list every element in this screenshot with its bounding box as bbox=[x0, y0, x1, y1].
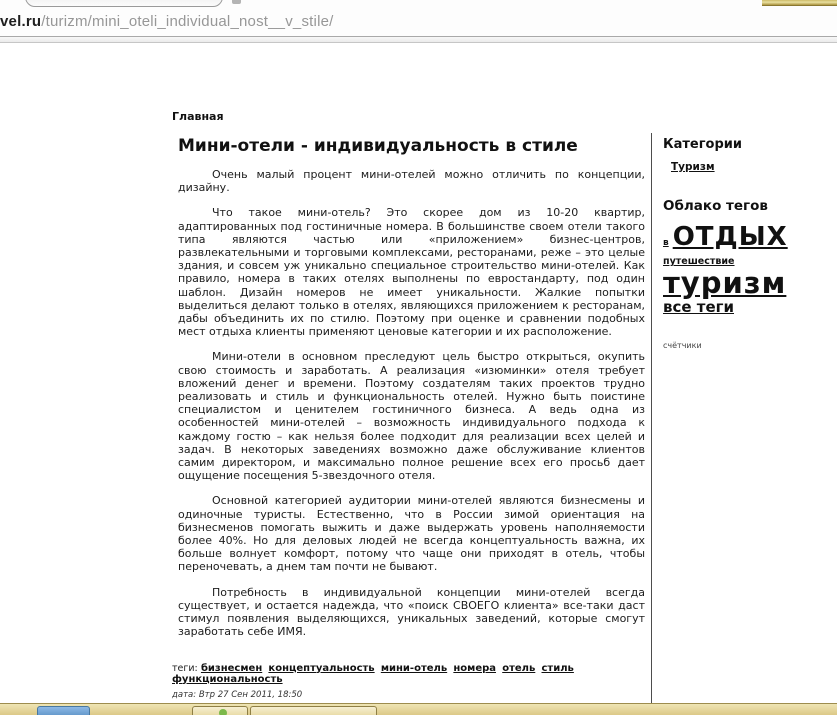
taskbar-active-window-button[interactable] bbox=[37, 706, 90, 715]
browser-toolbar-fragment-icon bbox=[232, 0, 241, 4]
categories-heading: Категории bbox=[663, 137, 831, 152]
browser-gold-notification-bar bbox=[762, 0, 837, 6]
date-label: дата: bbox=[172, 690, 196, 700]
date-value: Втр 27 Сен 2011, 18:50 bbox=[199, 690, 302, 700]
tag-link-biznesmen[interactable]: бизнесмен bbox=[201, 663, 262, 674]
tag-link-stil[interactable]: стиль bbox=[542, 663, 574, 674]
cloud-tag-vse-tegi[interactable]: все теги bbox=[663, 298, 734, 316]
tags-label: теги: bbox=[172, 663, 198, 674]
taskbar-window-button[interactable] bbox=[192, 706, 248, 715]
sidebar: Категории Туризм Облако тегов вОТДЫХ пут… bbox=[663, 137, 831, 350]
browser-searchbox-remnant[interactable] bbox=[25, 0, 223, 7]
taskbar bbox=[0, 703, 837, 715]
tag-cloud-heading: Облако тегов bbox=[663, 198, 831, 214]
taskbar-window-button[interactable] bbox=[250, 706, 377, 715]
article-paragraph: Очень малый процент мини-отелей можно от… bbox=[178, 168, 645, 194]
page-background: Главная Мини-отели - индивидуальность в … bbox=[0, 43, 837, 703]
sidebar-category-link-turizm[interactable]: Туризм bbox=[671, 161, 715, 173]
tag-link-konceptualnost[interactable]: концептуальность bbox=[268, 663, 374, 674]
tag-cloud: вОТДЫХ путешествие туризм все теги bbox=[663, 224, 813, 315]
browser-chrome: vel.ru/turizm/mini_oteli_individual_nost… bbox=[0, 0, 837, 36]
breadcrumb-home-link[interactable]: Главная bbox=[172, 110, 645, 123]
tag-link-nomera[interactable]: номера bbox=[453, 663, 496, 674]
tag-link-mini-otel[interactable]: мини-отель bbox=[381, 663, 447, 674]
article-column: Главная Мини-отели - индивидуальность в … bbox=[172, 110, 645, 715]
taskbar-app-icon bbox=[219, 709, 227, 715]
cloud-tag-turizm[interactable]: туризм bbox=[663, 266, 786, 300]
tags-row: теги: бизнесмен концептуальность мини-от… bbox=[172, 663, 645, 685]
content-sidebar-divider bbox=[651, 133, 652, 703]
date-row: дата: Втр 27 Сен 2011, 18:50 bbox=[172, 690, 645, 700]
address-bar[interactable]: vel.ru/turizm/mini_oteli_individual_nost… bbox=[0, 13, 334, 30]
article-paragraph: Потребность в индивидуальной концепции м… bbox=[178, 586, 645, 639]
url-path-text: /turizm/mini_oteli_individual_nost__v_st… bbox=[41, 13, 333, 30]
tag-link-funkcionalnost[interactable]: функциональность bbox=[172, 674, 283, 685]
toolbar-bottom-divider bbox=[0, 36, 837, 43]
counters-label: счётчики bbox=[663, 341, 831, 350]
article-title: Мини-отели - индивидуальность в стиле bbox=[178, 136, 645, 156]
cloud-tag-v[interactable]: в bbox=[663, 238, 669, 248]
cloud-tag-otdyh[interactable]: ОТДЫХ bbox=[673, 222, 788, 252]
tag-link-otel[interactable]: отель bbox=[502, 663, 535, 674]
article-paragraph: Мини-отели в основном преследуют цель бы… bbox=[178, 350, 645, 482]
screenshot-root: vel.ru/turizm/mini_oteli_individual_nost… bbox=[0, 0, 837, 715]
article-paragraph: Основной категорией аудитории мини-отеле… bbox=[178, 494, 645, 573]
article-paragraph: Что такое мини-отель? Это скорее дом из … bbox=[178, 206, 645, 338]
url-domain-text: vel.ru bbox=[0, 13, 41, 30]
